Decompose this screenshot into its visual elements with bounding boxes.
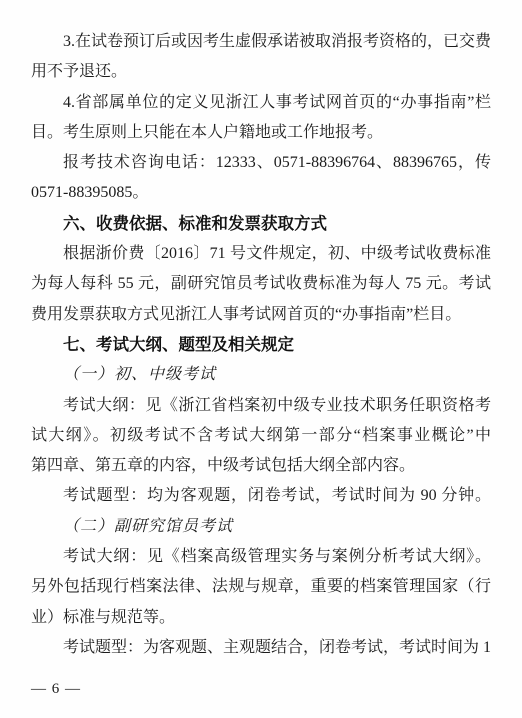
page-number: — 6 — [31,678,81,700]
text-line: 第四章、第五章的内容，中级考试包括大纲全部内容。 [31,451,491,481]
subsection-heading: （一）初、中级考试 [31,360,491,390]
text-line: 根据浙价费〔2016〕71 号文件规定，初、中级考试收费标准 [31,239,491,269]
text-line: 0571-88395085。 [31,178,491,208]
text-line: 3.在试卷预订后或因考生虚假承诺被取消报考资格的，已交费 [31,27,491,57]
text-line: 试大纲》。初级考试不含考试大纲第一部分“档案事业概论”中 [31,421,491,451]
text-line: 目。考生原则上只能在本人户籍地或工作地报考。 [31,118,491,148]
text-line: 报考技术咨询电话：12333、0571-88396764、88396765，传真… [31,148,491,178]
text-line: 考试大纲：见《浙江省档案初中级专业技术职务任职资格考 [31,391,491,421]
text-line: 考试题型：为客观题、主观题结合，闭卷考试，考试时间为 1 [31,633,491,663]
text-line: 业）标准与规范等。 [31,603,491,633]
text-line: 考试题型：均为客观题，闭卷考试，考试时间为 90 分钟。 [31,481,491,511]
text-line: 4.省部属单位的定义见浙江人事考试网首页的“办事指南”栏 [31,88,491,118]
document-body: 3.在试卷预订后或因考生虚假承诺被取消报考资格的，已交费用不予退还。4.省部属单… [31,27,491,663]
section-heading: 七、考试大纲、题型及相关规定 [31,330,491,360]
subsection-heading: （二）副研究馆员考试 [31,512,491,542]
text-line: 为每人每科 55 元，副研究馆员考试收费标准为每人 75 元。考试 [31,269,491,299]
text-line: 用不予退还。 [31,57,491,87]
section-heading: 六、收费依据、标准和发票获取方式 [31,209,491,239]
text-line: 另外包括现行档案法律、法规与规章，重要的档案管理国家（行 [31,572,491,602]
text-line: 考试大纲：见《档案高级管理实务与案例分析考试大纲》。 [31,542,491,572]
document-page: 3.在试卷预订后或因考生虚假承诺被取消报考资格的，已交费用不予退还。4.省部属单… [0,0,522,718]
text-line: 费用发票获取方式见浙江人事考试网首页的“办事指南”栏目。 [31,300,491,330]
